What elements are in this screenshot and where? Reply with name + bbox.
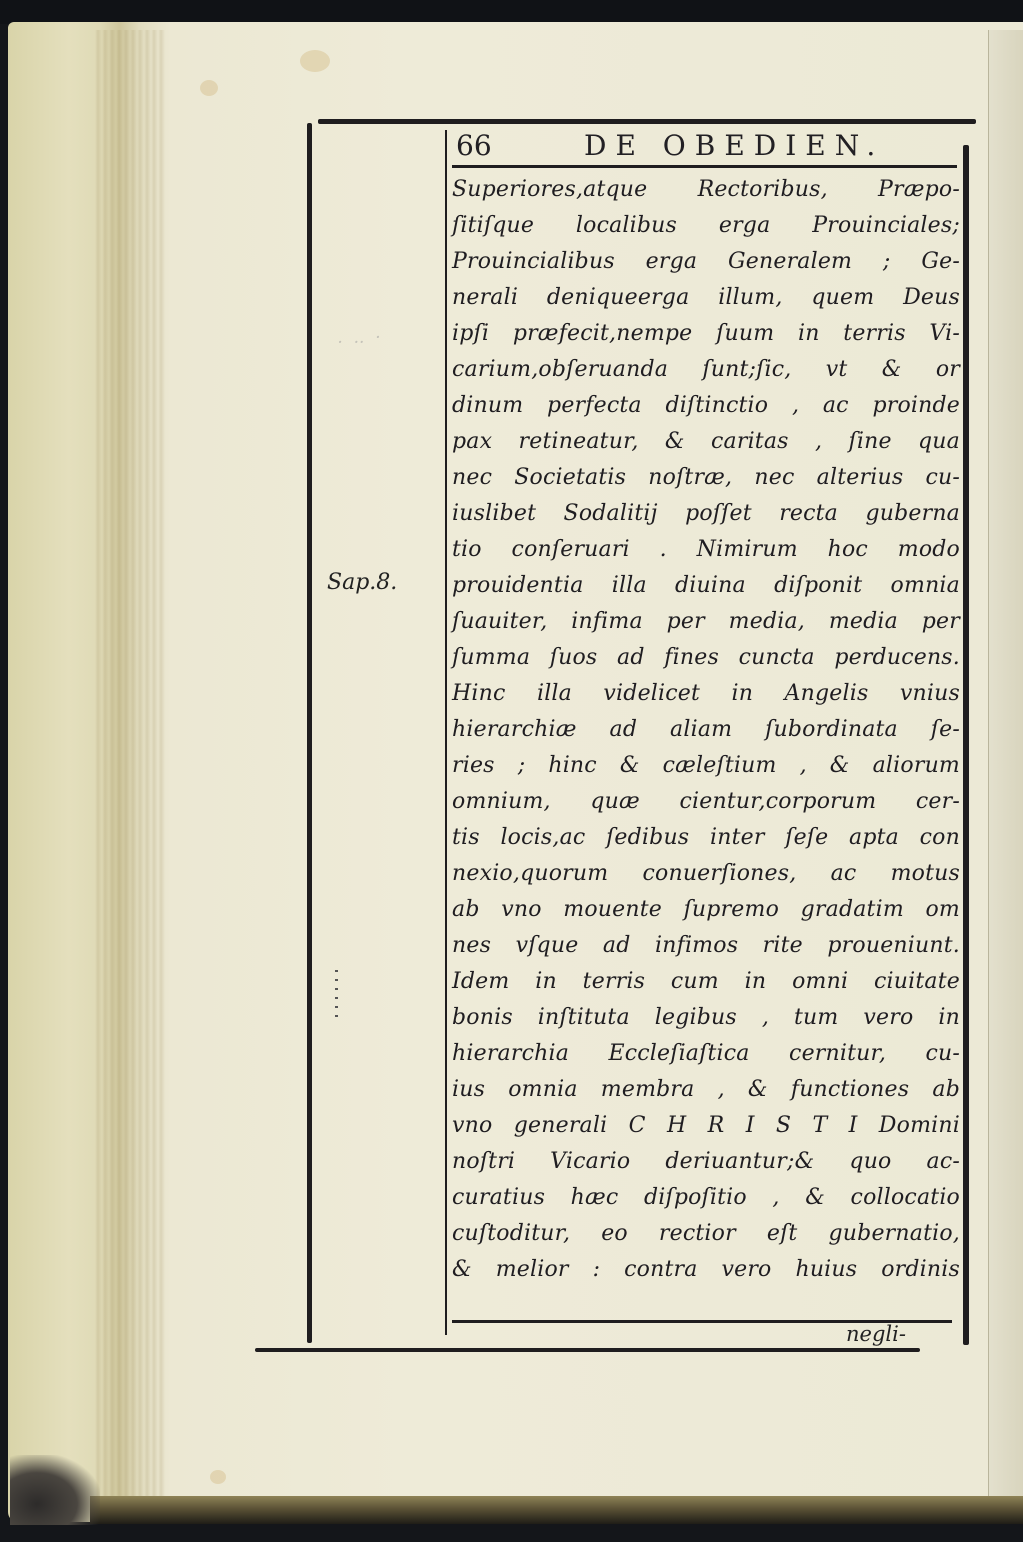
scan-background-top — [0, 0, 1023, 24]
text-line: iuslibet Sodalitij poſſet recta guberna — [452, 496, 960, 532]
frame-rule-bottom — [255, 1348, 920, 1352]
text-line: vno generali C H R I S T I Domini — [452, 1108, 960, 1144]
text-line: ſitiſque localibus erga Prouinciales; — [452, 208, 960, 244]
text-line: dinum perfecta diſtinctio , ac proinde — [452, 388, 960, 424]
text-line: omnium, quæ cientur,corporum cer- — [452, 784, 960, 820]
text-line: Prouincialibus erga Generalem ; Ge- — [452, 244, 960, 280]
page-number: 66 — [456, 129, 492, 162]
marginal-reference: Sap.8. — [327, 570, 397, 595]
text-line: ries ; hinc & cæleſtium , & aliorum — [452, 748, 960, 784]
worn-corner — [10, 1455, 100, 1525]
margin-rule — [445, 130, 447, 1335]
fore-edge-leaves — [95, 30, 165, 1500]
body-text: Superiores,atque Rectoribus, Præpo- ſiti… — [452, 172, 960, 1288]
text-line: Hinc illa videlicet in Angelis vnius — [452, 676, 960, 712]
text-line: tio conſeruari . Nimirum hoc modo — [452, 532, 960, 568]
adjacent-page-edge — [988, 30, 1023, 1500]
text-line: curatius hæc diſpoſitio , & collocatio — [452, 1180, 960, 1216]
text-line: ſumma ſuos ad fines cuncta perducens. — [452, 640, 960, 676]
catchword: negli- — [846, 1322, 906, 1346]
text-line: ab vno mouente ſupremo gradatim om — [452, 892, 960, 928]
show-through-text: . .. · — [305, 320, 381, 356]
book-bottom-edge — [90, 1496, 1023, 1524]
margin-specks — [335, 970, 338, 1020]
text-line: noſtri Vicario deriuantur;& quo ac- — [452, 1144, 960, 1180]
running-title: DE OBEDIEN. — [584, 129, 884, 162]
paper-stain — [200, 80, 218, 96]
text-line: hierarchiæ ad aliam ſubordinata ſe- — [452, 712, 960, 748]
text-line: ipſi præfecit,nempe ſuum in terris Vi- — [452, 316, 960, 352]
text-line: Idem in terris cum in omni ciuitate — [452, 964, 960, 1000]
text-line: carium,obſeruanda ſunt;ſic, vt & or — [452, 352, 960, 388]
text-line: bonis inſtituta legibus , tum vero in — [452, 1000, 960, 1036]
text-line: nexio,quorum conuerſiones, ac motus — [452, 856, 960, 892]
text-line: nes vſque ad infimos rite proueniunt. — [452, 928, 960, 964]
text-line: & melior : contra vero huius ordinis — [452, 1252, 960, 1288]
paper-stain — [300, 50, 330, 72]
text-line: prouidentia illa diuina diſponit omnia — [452, 568, 960, 604]
frame-rule-top — [318, 119, 976, 124]
running-head: 66 DE OBEDIEN. — [456, 125, 976, 165]
text-line: Superiores,atque Rectoribus, Præpo- — [452, 172, 960, 208]
text-line: tis locis,ac ſedibus inter ſeſe apta con — [452, 820, 960, 856]
text-line: cuſtoditur, eo rectior eſt gubernatio, — [452, 1216, 960, 1252]
header-rule — [452, 165, 957, 168]
text-line: hierarchia Eccleſiaſtica cernitur, cu- — [452, 1036, 960, 1072]
frame-rule-right — [963, 145, 969, 1345]
text-line: pax retineatur, & caritas , ſine qua — [452, 424, 960, 460]
paper-stain — [210, 1470, 226, 1484]
text-line: ſuauiter, infima per media, media per — [452, 604, 960, 640]
text-line: nec Societatis noſtræ, nec alterius cu- — [452, 460, 960, 496]
text-line: ius omnia membra , & functiones ab — [452, 1072, 960, 1108]
frame-rule-left — [307, 123, 312, 1343]
text-line: nerali deniqueerga illum, quem Deus — [452, 280, 960, 316]
